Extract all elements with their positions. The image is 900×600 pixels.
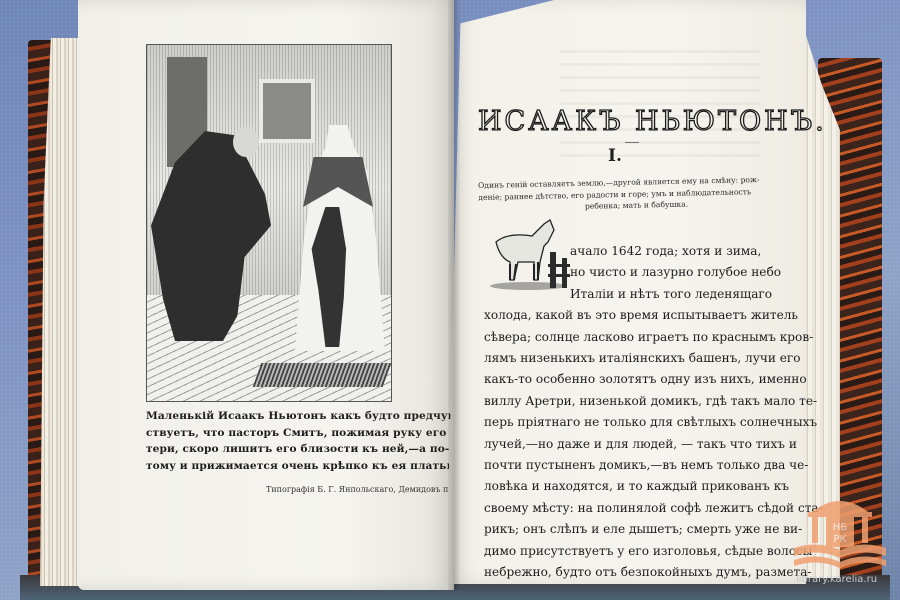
caption-line: тери, скоро лишитъ его близости къ ней,—… xyxy=(146,441,402,458)
logo-letters-top: НБ xyxy=(833,522,848,533)
body-line: ловѣка и находятся, и то каждый прикован… xyxy=(484,476,784,497)
watermark-url: library.karelia.ru xyxy=(796,574,877,585)
library-logo-icon: НБ РК xyxy=(790,490,890,570)
book-gutter xyxy=(448,0,460,590)
body-line: ачало 1642 года; хотя и зима, xyxy=(484,241,784,262)
body-line: лямъ низенькихъ италіянскихъ башенъ, луч… xyxy=(484,348,784,369)
chapter-summary: Одинъ геній оставляетъ землю,—другой явл… xyxy=(478,174,775,215)
illustration-caption: Маленькій Исаакъ Ньютонъ какъ будто пред… xyxy=(146,408,402,474)
body-line: сѣвера; солнце ласково играетъ по красны… xyxy=(484,327,784,348)
caption-line: тому и прижимается очень крѣпко къ ея пл… xyxy=(146,458,402,475)
caption-line: ствуетъ, что пасторъ Смитъ, пожимая руку… xyxy=(146,425,402,442)
body-line: перь пріятнаго не только для свѣтлыхъ со… xyxy=(484,412,784,433)
body-line: виллу Аретри, низенькой домикъ, гдѣ такъ… xyxy=(484,391,784,412)
caption-line: Маленькій Исаакъ Ньютонъ какъ будто пред… xyxy=(146,408,402,425)
chapter-number: I. xyxy=(608,146,622,166)
body-line: своему мѣсту: на полинялой софѣ лежитъ с… xyxy=(484,498,784,519)
title-rule xyxy=(625,142,639,143)
engraving-wall-portrait xyxy=(259,79,315,143)
engraving-rug xyxy=(253,363,392,387)
body-line: почти пустыненъ домикъ,—въ немъ только д… xyxy=(484,455,784,476)
body-line: димо присутствуетъ у его изголовья, сѣды… xyxy=(484,541,784,562)
body-line: какъ-то особенно золотятъ одну изъ нихъ,… xyxy=(484,369,784,390)
chapter-body-text: ачало 1642 года; хотя и зима, но чисто и… xyxy=(484,241,784,584)
body-line: рикъ; онъ слѣпъ и еле дышетъ; смерть уже… xyxy=(484,519,784,540)
logo-letters-bottom: РК xyxy=(833,534,846,545)
illustration-engraving xyxy=(146,44,392,402)
engraving-pastor-head xyxy=(233,127,259,157)
body-line: холода, какой въ это время испытываетъ ж… xyxy=(484,305,784,326)
body-line: но чисто и лазурно голубое небо xyxy=(484,262,784,283)
body-line: небрежно, будто отъ безпокойныхъ думъ, р… xyxy=(484,562,784,583)
chapter-title: ИСААКЪ НЬЮТОНЪ. xyxy=(478,106,827,137)
show-through-text xyxy=(560,40,760,160)
body-line: лучей,—но даже и для людей, — такъ что т… xyxy=(484,434,784,455)
body-line: Италіи и нѣтъ того леденящаго xyxy=(484,284,784,305)
